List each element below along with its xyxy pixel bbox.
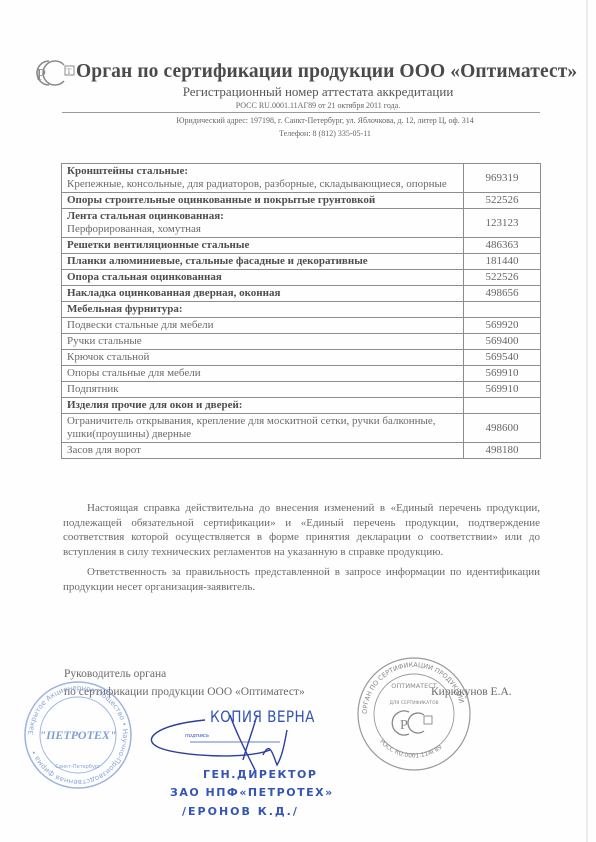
certification-body-round-stamp-icon: ОРГАН ПО СЕРТИФИКАЦИИ ПРОДУКЦИИ РОСС RU.… xyxy=(356,656,472,772)
petrotech-round-stamp-icon: Закрытое Акционерное Общество • Научно-П… xyxy=(22,680,134,790)
okp-code: 181440 xyxy=(464,254,541,270)
table-row: Ручки стальные569400 xyxy=(62,334,541,350)
copy-certified-title: КОПИЯ ВЕРНА xyxy=(210,707,315,726)
product-category: Изделия прочие для окон и дверей: xyxy=(62,398,464,414)
table-row: Подвески стальные для мебели569920 xyxy=(62,318,541,334)
product-category: Мебельная фурнитура: xyxy=(62,302,464,318)
okp-code: 969319 xyxy=(464,164,541,193)
organization-title: Орган по сертификации продукции ООО «Опт… xyxy=(76,61,577,83)
table-row: Крючок стальной569540 xyxy=(62,350,541,366)
table-row: Опоры строительные оцинкованные и покрыт… xyxy=(62,193,541,209)
svg-text:РОСС RU.0001.11АГ89: РОСС RU.0001.11АГ89 xyxy=(378,738,443,759)
okp-code xyxy=(464,302,541,318)
table-row: Опоры стальные для мебели569910 xyxy=(62,366,541,382)
okp-code: 569910 xyxy=(464,366,541,382)
product-items: Перфорированная, хомутная xyxy=(67,223,459,236)
table-row: Изделия прочие для окон и дверей: xyxy=(62,398,541,414)
table-row: Засов для ворот498180 xyxy=(62,443,541,459)
phone-number: Телефон: 8 (812) 335-05-11 xyxy=(0,129,596,138)
table-row: Накладка оцинкованная дверная, оконная49… xyxy=(62,286,541,302)
table-row: Решетки вентиляционные стальные486363 xyxy=(62,238,541,254)
product-cell: Кронштейны стальные:Крепежные, консольны… xyxy=(62,164,464,193)
okp-code: 498180 xyxy=(464,443,541,459)
product-name: Ограничитель открывания, крепление для м… xyxy=(62,414,464,443)
table-row: Кронштейны стальные:Крепежные, консольны… xyxy=(62,164,541,193)
table-row: Планки алюминиевые, стальные фасадные и … xyxy=(62,254,541,270)
okp-code: 569910 xyxy=(464,382,541,398)
table-row: Опора стальная оцинкованная522526 xyxy=(62,270,541,286)
okp-code: 569400 xyxy=(464,334,541,350)
product-category: Лента стальная оцинкованная: xyxy=(67,210,459,223)
table-row: Лента стальная оцинкованная:Перфорирован… xyxy=(62,209,541,238)
product-name: Опоры стальные для мебели xyxy=(62,366,464,382)
signatory-position-line1: Руководитель органа xyxy=(64,668,166,680)
okp-code: 522526 xyxy=(464,193,541,209)
okp-code xyxy=(464,398,541,414)
svg-text:ОПТИМАТЕСТ: ОПТИМАТЕСТ xyxy=(391,682,437,690)
copy-signatory-name: /ЕРОНОВ К.Д./ xyxy=(182,805,299,818)
svg-text:"ПЕТРОТЕХ": "ПЕТРОТЕХ" xyxy=(39,728,116,742)
registration-label: Регистрационный номер аттестата аккредит… xyxy=(0,84,596,100)
okp-code: 498656 xyxy=(464,286,541,302)
svg-text:P: P xyxy=(400,718,408,733)
product-name: Крючок стальной xyxy=(62,350,464,366)
svg-text:ДЛЯ СЕРТИФИКАТОВ: ДЛЯ СЕРТИФИКАТОВ xyxy=(389,700,438,706)
product-category: Кронштейны стальные: xyxy=(67,165,459,178)
notes-section: Настоящая справка действительна до внесе… xyxy=(63,501,540,601)
okp-code: 522526 xyxy=(464,270,541,286)
okp-code: 123123 xyxy=(464,209,541,238)
product-category: Накладка оцинкованная дверная, оконная xyxy=(62,286,464,302)
validity-note: Настоящая справка действительна до внесе… xyxy=(63,501,540,559)
copy-organization: ЗАО НПФ«ПЕТРОТЕХ» xyxy=(170,786,334,799)
product-category: Планки алюминиевые, стальные фасадные и … xyxy=(62,254,464,270)
product-name: Подпятник xyxy=(62,382,464,398)
product-category: Опоры строительные оцинкованные и покрыт… xyxy=(62,193,464,209)
table-row: Подпятник569910 xyxy=(62,382,541,398)
okp-code: 569540 xyxy=(464,350,541,366)
products-table: Кронштейны стальные:Крепежные, консольны… xyxy=(61,163,541,459)
svg-text:Санкт-Петербург: Санкт-Петербург xyxy=(55,764,101,770)
product-category: Опора стальная оцинкованная xyxy=(62,270,464,286)
okp-code: 486363 xyxy=(464,238,541,254)
product-items: Крепежные, консольные, для радиаторов, р… xyxy=(67,178,459,191)
copy-signature-label: подпись xyxy=(185,733,209,739)
table-row: Мебельная фурнитура: xyxy=(62,302,541,318)
product-name: Подвески стальные для мебели xyxy=(62,318,464,334)
responsibility-note: Ответственность за правильность представ… xyxy=(63,565,540,594)
svg-text:T: T xyxy=(67,67,72,76)
product-category: Решетки вентиляционные стальные xyxy=(62,238,464,254)
scan-edge xyxy=(586,0,588,842)
legal-address: Юридический адрес: 197198, г. Санкт-Пете… xyxy=(0,116,596,125)
accreditation-number: РОСС RU.0001.11АГ89 от 21 октября 2011 г… xyxy=(0,101,596,110)
table-row: Ограничитель открывания, крепление для м… xyxy=(62,414,541,443)
okp-code: 569920 xyxy=(464,318,541,334)
header-divider xyxy=(62,112,540,113)
copy-position: ГЕН.ДИРЕКТОР xyxy=(203,768,317,781)
product-cell: Лента стальная оцинкованная:Перфорирован… xyxy=(62,209,464,238)
okp-code: 498600 xyxy=(464,414,541,443)
product-name: Засов для ворот xyxy=(62,443,464,459)
document-page: P T Орган по сертификации продукции ООО … xyxy=(0,0,596,842)
product-name: Ручки стальные xyxy=(62,334,464,350)
